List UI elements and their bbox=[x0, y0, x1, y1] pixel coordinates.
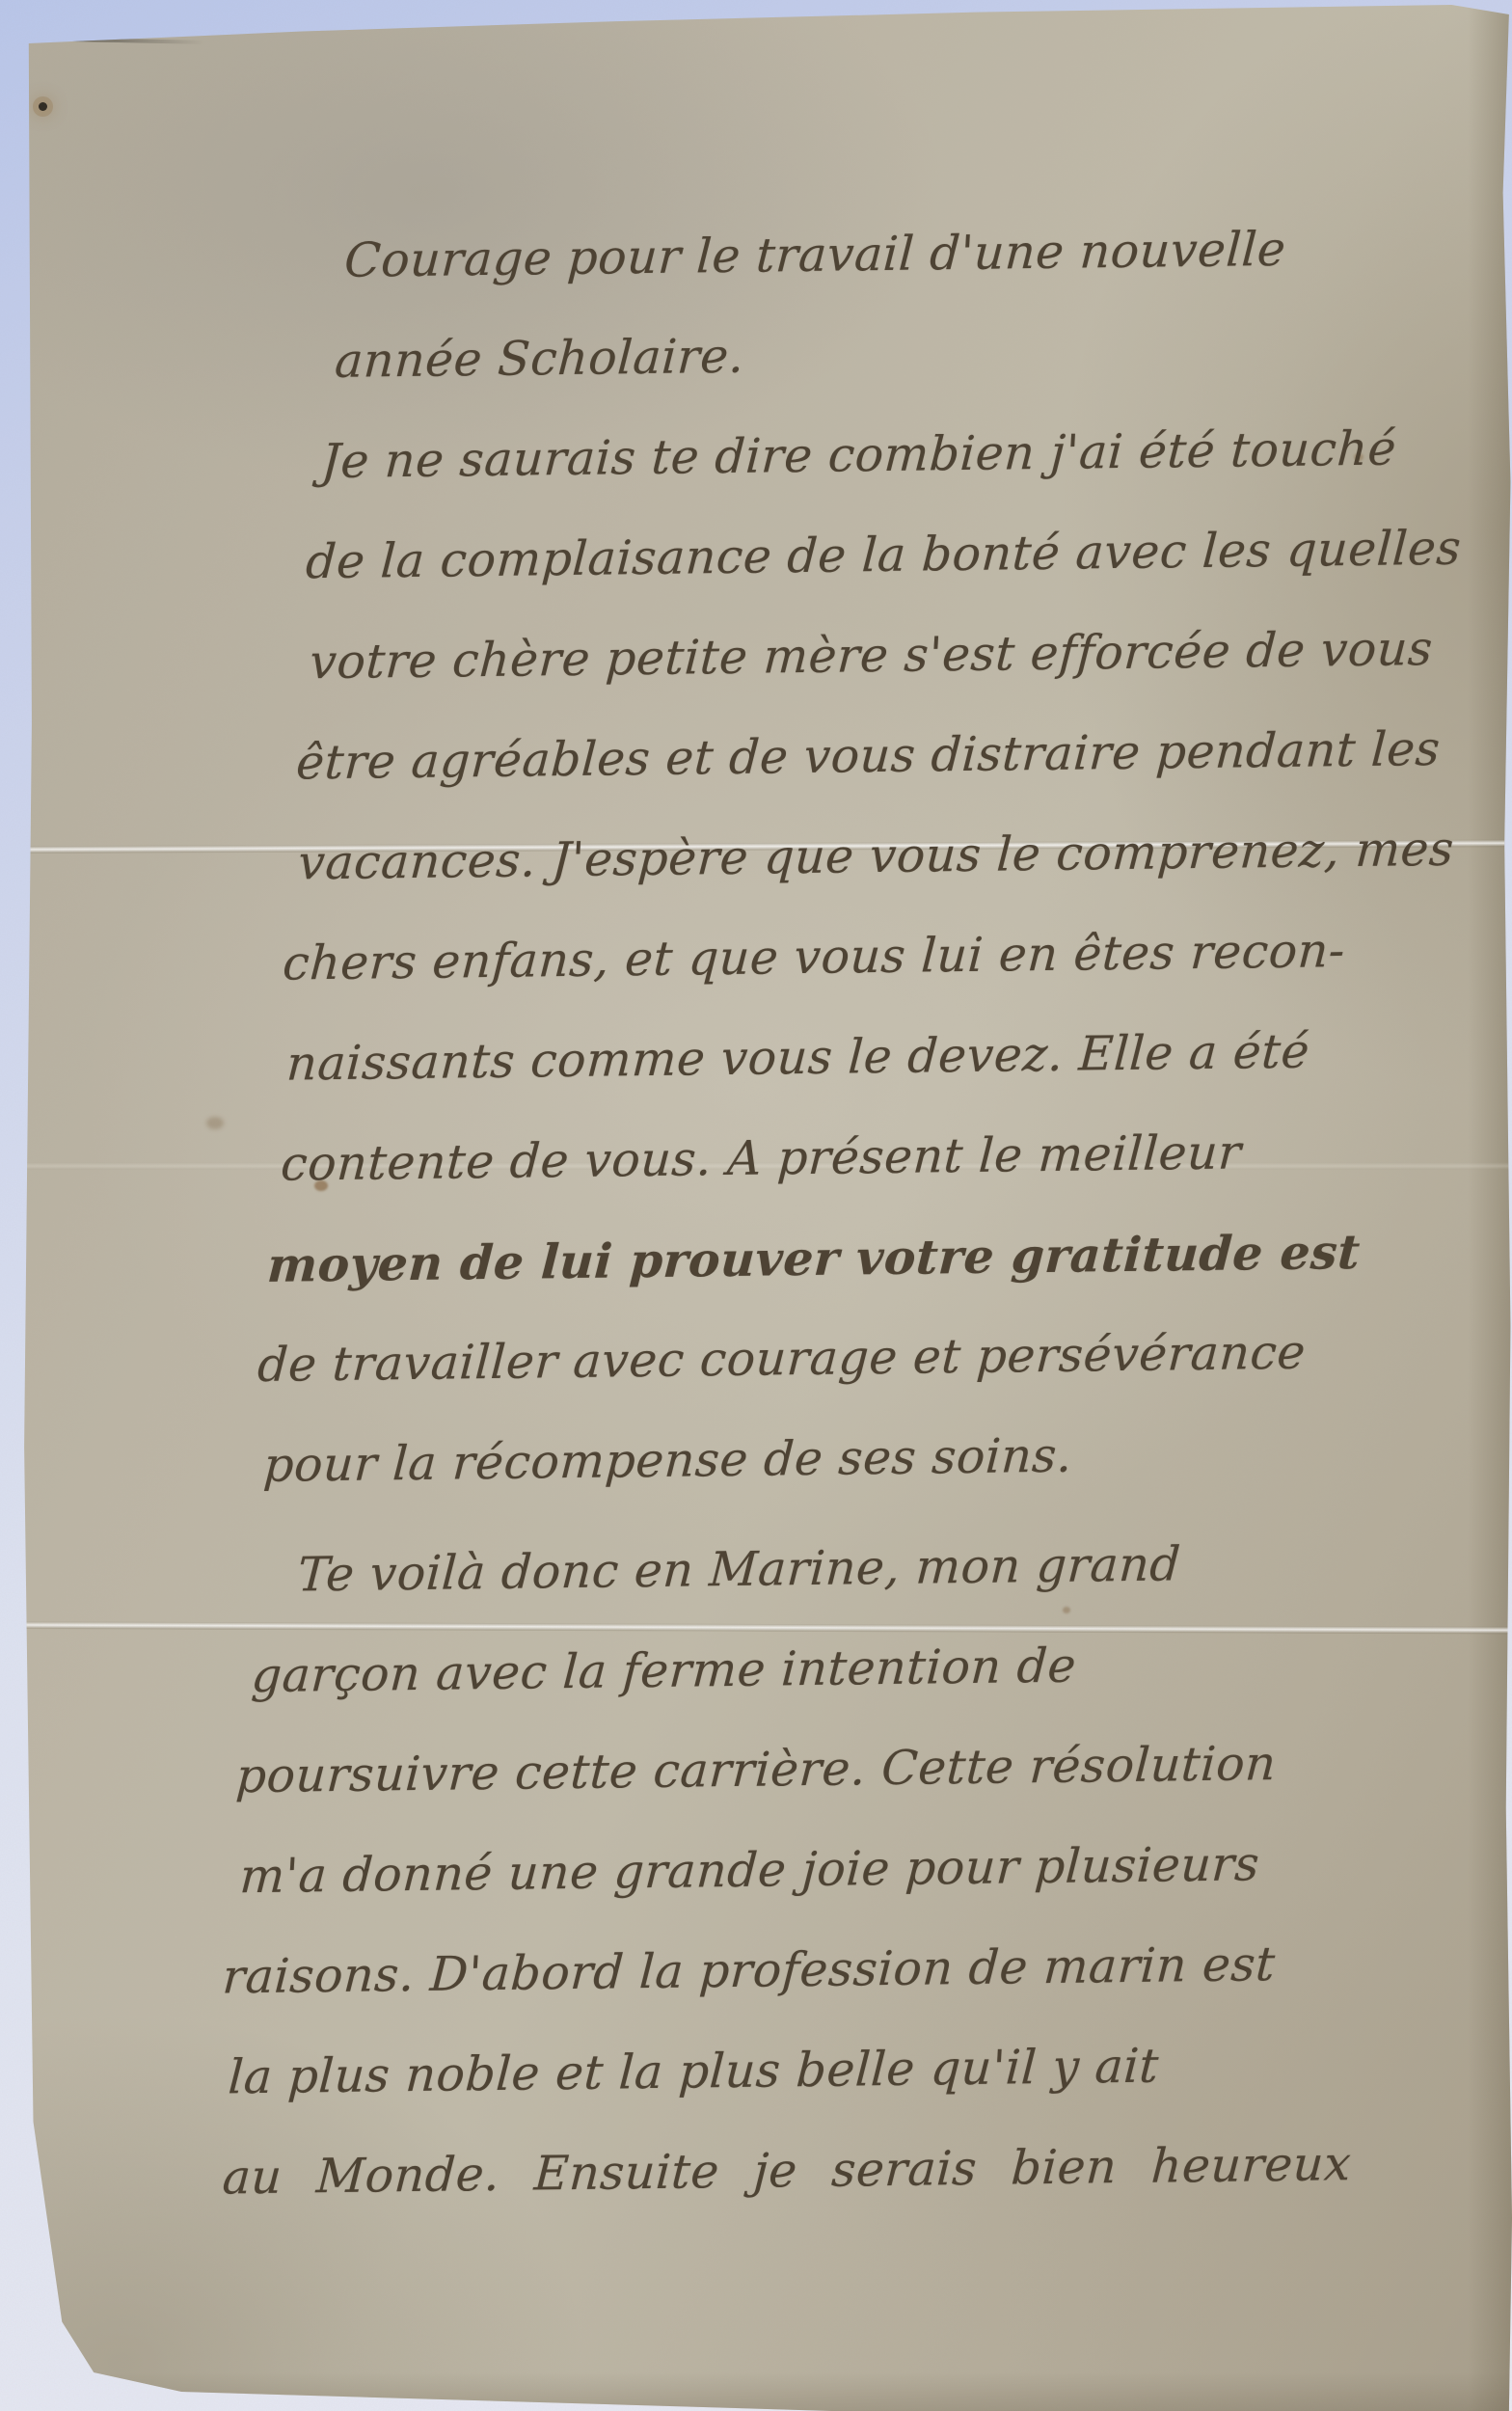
handwritten-line: moyen de lui prouver votre gratitude est bbox=[264, 1200, 1493, 1315]
handwritten-line: être agréables et de vous distraire pend… bbox=[293, 698, 1512, 814]
handwritten-line: de la complaisance de la bonté avec les … bbox=[303, 498, 1512, 613]
paper-bottom-shading bbox=[0, 2372, 1512, 2411]
photograph-of-letter: Courage pour le travail d'une nouvelle a… bbox=[0, 0, 1512, 2411]
handwritten-line: au Monde. Ensuite je serais bien heureux bbox=[220, 2113, 1441, 2228]
handwritten-line: Te voilà donc en Marine, mon grand bbox=[295, 1511, 1475, 1626]
handwritten-line: de travailler avec courage et persévéran… bbox=[255, 1300, 1487, 1416]
handwritten-line: Courage pour le travail d'une nouvelle bbox=[341, 196, 1512, 311]
handwritten-line: garçon avec la ferme intention de bbox=[249, 1612, 1470, 1726]
paper-top-edge-line bbox=[31, 37, 204, 44]
handwritten-line: chers enfans, et que vous lui en êtes re… bbox=[280, 899, 1510, 1015]
handwritten-line: naissants comme vous le devez. Elle a ét… bbox=[283, 999, 1504, 1114]
handwritten-line: pour la récompense de ses soins. bbox=[260, 1400, 1481, 1515]
handwritten-line: Je ne saurais te dire combien j'ai été t… bbox=[318, 397, 1512, 512]
handwritten-text-block: Courage pour le travail d'une nouvelle a… bbox=[220, 196, 1512, 2228]
handwritten-line: contente de vous. A présent le meilleur bbox=[278, 1099, 1498, 1214]
handwritten-line: votre chère petite mère s'est efforcée d… bbox=[307, 598, 1512, 713]
handwritten-line: raisons. D'abord la profession de marin … bbox=[220, 1912, 1452, 2028]
worm-hole bbox=[39, 102, 47, 111]
handwritten-line: année Scholaire. bbox=[332, 297, 1512, 412]
handwritten-line: m'a donné une grande joie pour plusieurs bbox=[237, 1812, 1458, 1927]
handwritten-line: la plus noble et la plus belle qu'il y a… bbox=[226, 2013, 1446, 2127]
handwritten-line: vacances. J'espère que vous le comprenez… bbox=[295, 799, 1512, 913]
foxing-stain bbox=[206, 1117, 224, 1129]
handwritten-line: poursuivre cette carrière. Cette résolut… bbox=[233, 1712, 1464, 1828]
